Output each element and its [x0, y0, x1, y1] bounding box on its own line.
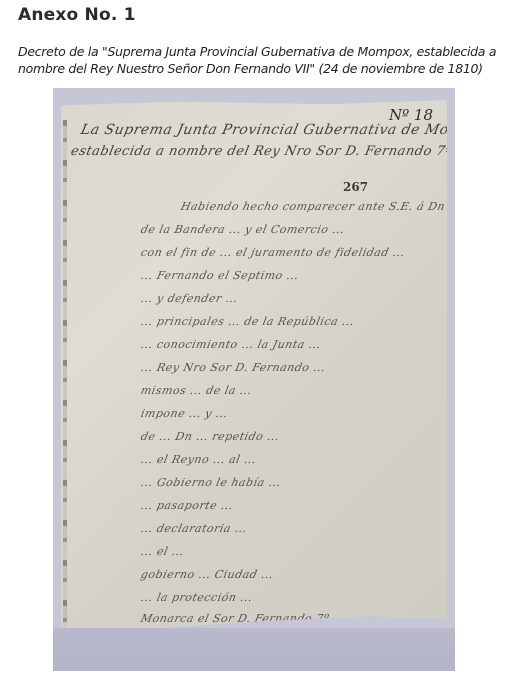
heading-line-1: La Suprema Junta Provincial Gubernativa …	[79, 122, 455, 138]
body-line: Habiendo hecho comparecer ante S.E. á Dn…	[180, 200, 455, 213]
manuscript-paper: Nº 18 La Suprema Junta Provincial Gubern…	[61, 100, 447, 635]
body-line: de la Bandera ... y el Comercio ...	[140, 223, 346, 236]
body-line: Monarca el Sor D. Fernando 7º ...	[140, 612, 347, 625]
figure-caption: Decreto de la "Suprema Junta Provincial …	[18, 43, 498, 77]
folio-number: 267	[343, 180, 368, 194]
body-line: con el fin de ... el juramento de fideli…	[140, 246, 407, 259]
body-line: ... y defender ...	[140, 292, 239, 305]
body-line: ... principales ... de la República ...	[140, 315, 356, 328]
body-line: ... la protección ...	[140, 591, 254, 604]
manuscript-photo: Nº 18 La Suprema Junta Provincial Gubern…	[53, 88, 455, 671]
body-line: ... pasaporte ...	[140, 499, 235, 512]
body-line: ... Rey Nro Sor D. Fernando ...	[140, 361, 327, 374]
annex-title: Anexo No. 1	[18, 5, 136, 25]
heading-line-2: establecida a nombre del Rey Nro Sor D. …	[69, 144, 453, 159]
body-line: ... el ...	[140, 545, 186, 558]
body-line: de ... Dn ... repetido ...	[140, 430, 281, 443]
photo-backdrop	[53, 628, 455, 671]
body-line: ... declaratoria ...	[140, 522, 249, 535]
body-line: ... Gobierno le había ...	[140, 476, 282, 489]
body-line: gobierno ... Ciudad ...	[140, 568, 275, 581]
binding-edge	[63, 120, 67, 640]
body-line: ... el Reyno ... al ...	[140, 453, 258, 466]
body-line: mismos ... de la ...	[140, 384, 254, 397]
body-line: ... Fernando el Septimo ...	[140, 269, 301, 282]
body-line: impone ... y ...	[140, 407, 230, 420]
body-line: ... conocimiento ... la Junta ...	[140, 338, 323, 351]
